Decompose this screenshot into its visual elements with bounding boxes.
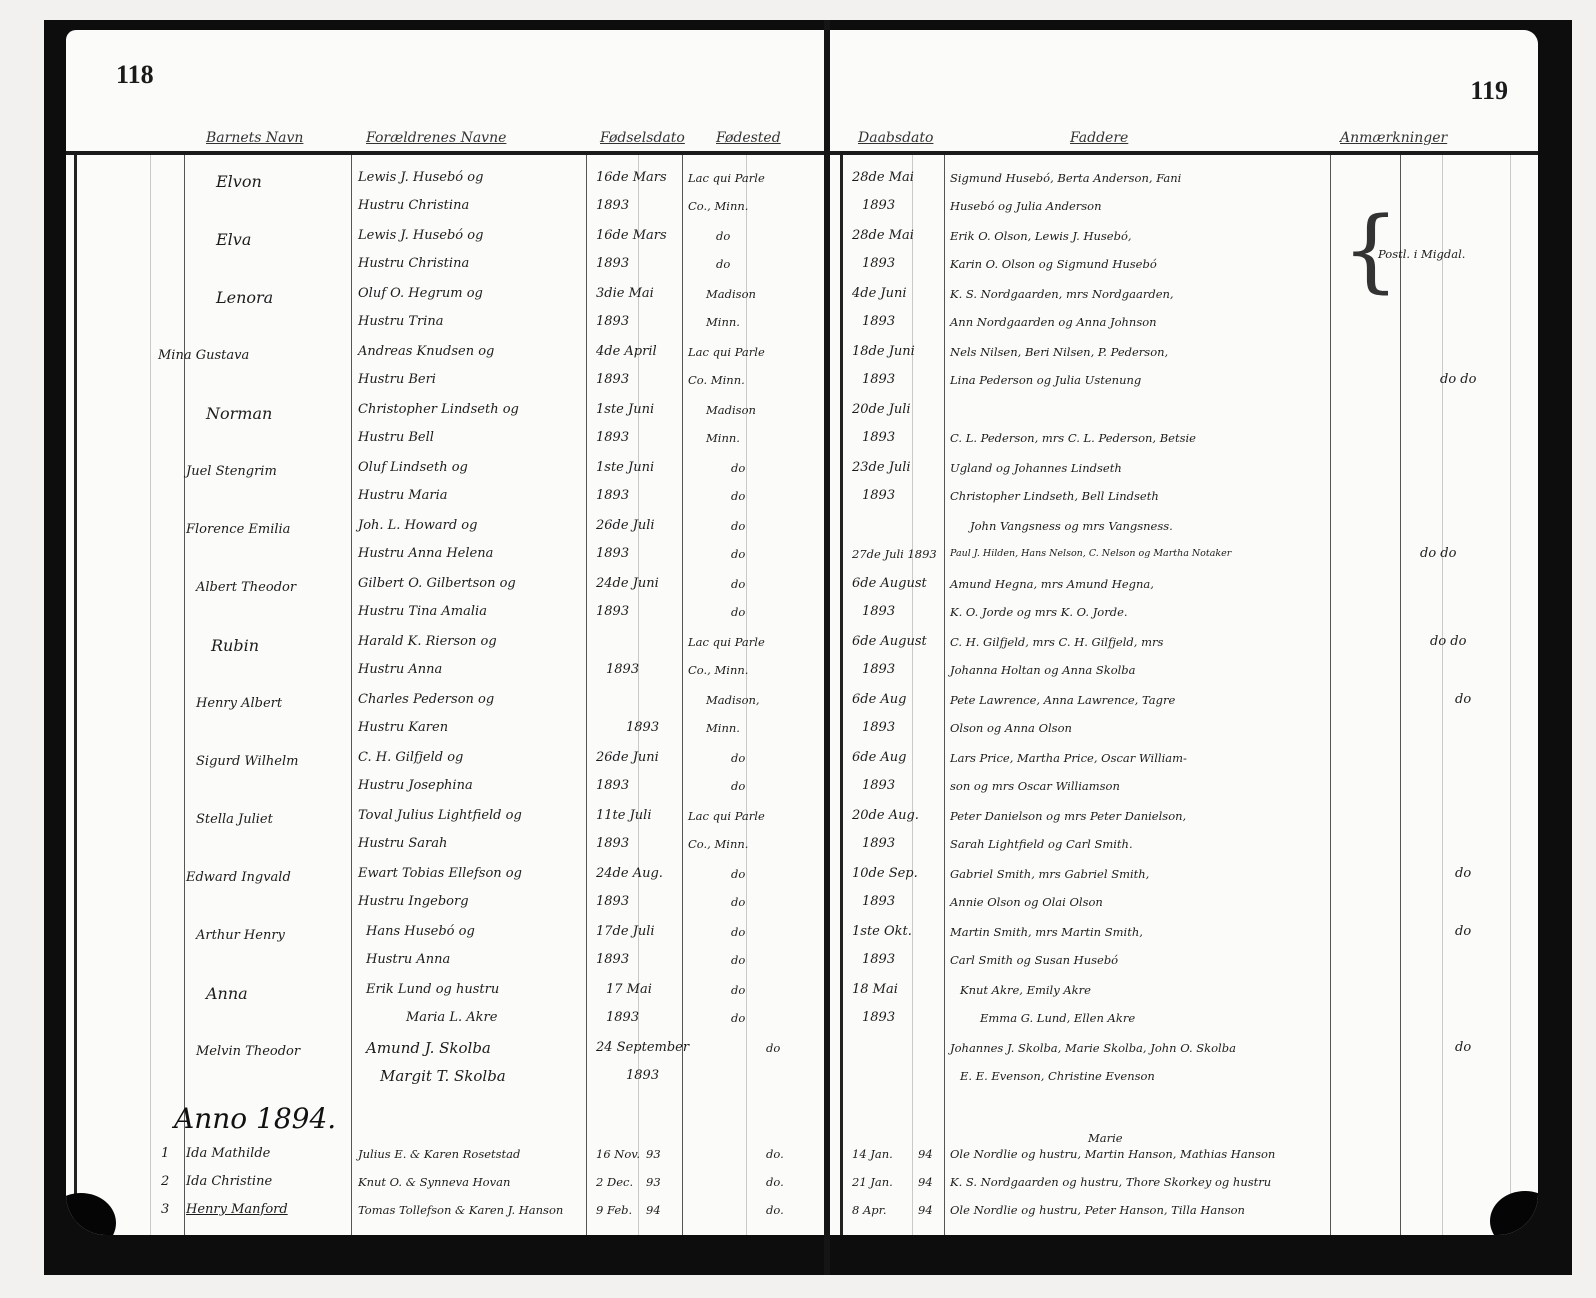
baptism-date: 6de August1893 [852, 570, 927, 626]
header-rule [66, 151, 824, 155]
birth-day: 2 Dec. [596, 1168, 633, 1196]
birthplace: do. [766, 1196, 784, 1224]
birthplace: do. [766, 1168, 784, 1196]
entry-row: 4de Juni1893 K. S. Nordgaarden, mrs Nord… [830, 280, 1538, 338]
birth-year: 93 [646, 1140, 661, 1168]
child-name: Stella Juliet [196, 806, 273, 834]
entry-row: 6de August1893 Amund Hegna, mrs Amund He… [830, 570, 1538, 628]
parents: Harald K. Rierson ogHustru Anna [358, 628, 497, 684]
birthplace: dodo [731, 744, 745, 800]
baptism-date: 1ste Okt.1893 [852, 918, 912, 974]
entry-number: 3 [161, 1196, 169, 1224]
parents: Gilbert O. Gilbertson ogHustru Tina Amal… [358, 570, 516, 626]
birthplace: Madison,Minn. [706, 686, 760, 742]
sponsors: K. S. Nordgaarden og hustru, Thore Skork… [950, 1168, 1271, 1196]
parents: Tomas Tollefson & Karen J. Hanson [358, 1196, 563, 1224]
entry-row: 18 Mai1893 Knut Akre, Emily AkreEmma G. … [830, 976, 1538, 1034]
entry-row: 28de Mai1893 Sigmund Husebó, Berta Ander… [830, 164, 1538, 222]
birthplace: dodo [731, 918, 745, 974]
sponsors: Ole Nordlie og hustru, Peter Hanson, Til… [950, 1196, 1245, 1224]
entry-number: 2 [161, 1168, 169, 1196]
entry-row: Juel Stengrim Oluf Lindseth ogHustru Mar… [66, 454, 824, 512]
parents: Lewis J. Husebó ogHustru Christina [358, 222, 483, 278]
page-number-left: 118 [116, 60, 154, 90]
note: do do [1420, 540, 1456, 568]
baptism-year: 94 [918, 1140, 933, 1168]
column-header-parents: Forældrenes Navne [366, 130, 506, 152]
sponsors: Johannes J. Skolba, Marie Skolba, John O… [950, 1034, 1236, 1090]
parents: Hans Husebó ogHustru Anna [366, 918, 475, 974]
baptism-date: 10de Sep.1893 [852, 860, 918, 916]
parents: Oluf O. Hegrum ogHustru Trina [358, 280, 483, 336]
entry-row: 23de Juli1893 Ugland og Johannes Lindset… [830, 454, 1538, 512]
birthplace: Lac qui ParleCo., Minn. [688, 802, 765, 858]
baptism-date: 27de Juli 1893 [852, 512, 937, 568]
entry-row: 20de Aug.1893 Peter Danielson og mrs Pet… [830, 802, 1538, 860]
birth-date: 1893 [606, 628, 639, 684]
birthplace: MadisonMinn. [706, 396, 756, 452]
sponsors: C. L. Pederson, mrs C. L. Pederson, Bets… [950, 396, 1196, 452]
entry-row: 8 Apr. 94 Ole Nordlie og hustru, Peter H… [830, 1196, 1538, 1224]
baptism-date: 18 Mai1893 [852, 976, 898, 1032]
entry-row: 3 Henry Manford Tomas Tollefson & Karen … [66, 1196, 824, 1224]
birthplace: dodo [731, 570, 745, 626]
parents: Toval Julius Lightfield ogHustru Sarah [358, 802, 522, 858]
birth-date: 4de April1893 [596, 338, 657, 394]
year-heading-1894: Anno 1894. [174, 1102, 336, 1135]
entry-row: Lenora Oluf O. Hegrum ogHustru Trina 3di… [66, 280, 824, 338]
child-name: Lenora [216, 284, 273, 312]
baptism-date: 23de Juli1893 [852, 454, 911, 510]
birthplace: Lac qui ParleCo., Minn. [688, 164, 765, 220]
birth-date: 1893 [626, 686, 659, 742]
entry-row: Mina Gustava Andreas Knudsen ogHustru Be… [66, 338, 824, 396]
entry-row: Norman Christopher Lindseth ogHustru Bel… [66, 396, 824, 454]
child-name: Elva [216, 226, 251, 254]
birthplace: do [766, 1034, 780, 1090]
note: do [1455, 918, 1471, 946]
column-header-baptism-date: Daabsdato [858, 130, 933, 152]
parents: Knut O. & Synneva Hovan [358, 1168, 510, 1196]
birthplace: dodo [731, 860, 745, 916]
baptism-day: 21 Jan. [852, 1168, 893, 1196]
child-name: Melvin Theodor [196, 1038, 300, 1066]
entry-row: Stella Juliet Toval Julius Lightfield og… [66, 802, 824, 860]
sponsors: Sigmund Husebó, Berta Anderson, FaniHuse… [950, 164, 1181, 220]
sponsors: C. H. Gilfjeld, mrs C. H. Gilfjeld, mrsJ… [950, 628, 1163, 684]
birthplace: dodo [731, 976, 745, 1032]
birthplace: do. [766, 1140, 784, 1168]
baptism-day: 14 Jan. [852, 1140, 893, 1168]
parents: Lewis J. Husebó ogHustru Christina [358, 164, 483, 220]
birth-date: 24de Aug.1893 [596, 860, 663, 916]
entry-row: Henry Albert Charles Pederson ogHustru K… [66, 686, 824, 744]
entry-row: 1ste Okt.1893 Martin Smith, mrs Martin S… [830, 918, 1538, 976]
birthplace: dodo [716, 222, 730, 278]
entry-row: Elva Lewis J. Husebó ogHustru Christina … [66, 222, 824, 280]
entry-row: 20de Juli1893 C. L. Pederson, mrs C. L. … [830, 396, 1538, 454]
page-number-right: 119 [1470, 76, 1508, 106]
birth-day: 9 Feb. [596, 1196, 632, 1224]
note: do [1455, 1034, 1471, 1062]
baptism-date: 28de Mai1893 [852, 164, 914, 220]
birth-year: 93 [646, 1168, 661, 1196]
baptism-date: 6de Aug1893 [852, 686, 907, 742]
baptism-date: 4de Juni1893 [852, 280, 907, 336]
entry-row: Melvin Theodor Amund J. SkolbaMargit T. … [66, 1034, 824, 1092]
child-name: Henry Albert [196, 690, 282, 718]
child-name: Edward Ingvald [186, 864, 291, 892]
sponsors: Pete Lawrence, Anna Lawrence, TagreOlson… [950, 686, 1175, 742]
sponsors: K. S. Nordgaarden, mrs Nordgaarden,Ann N… [950, 280, 1174, 336]
column-header-sponsors: Faddere [1070, 130, 1128, 152]
parents: Charles Pederson ogHustru Karen [358, 686, 494, 742]
birth-date: 1ste Juni1893 [596, 454, 654, 510]
birthplace: Lac qui ParleCo., Minn. [688, 628, 765, 684]
parents: Joh. L. Howard ogHustru Anna Helena [358, 512, 493, 568]
entry-row: Sigurd Wilhelm C. H. Gilfjeld ogHustru J… [66, 744, 824, 802]
birth-date: 24de Juni1893 [596, 570, 659, 626]
child-name: Florence Emilia [186, 516, 290, 544]
entry-row: Albert Theodor Gilbert O. Gilbertson ogH… [66, 570, 824, 628]
birth-date: 1ste Juni1893 [596, 396, 654, 452]
baptism-date: 6de Aug1893 [852, 744, 907, 800]
birth-date: 24 September1893 [596, 1034, 689, 1090]
sponsors: Peter Danielson og mrs Peter Danielson,S… [950, 802, 1186, 858]
column-header-notes: Anmærkninger [1340, 130, 1447, 152]
sponsors: Gabriel Smith, mrs Gabriel Smith,Annie O… [950, 860, 1149, 916]
child-name: Anna [206, 980, 248, 1008]
entry-row: 14 Jan. 94 Ole Nordlie og hustru, Martin… [830, 1140, 1538, 1168]
note: do [1455, 686, 1471, 714]
entry-row: Edward Ingvald Ewart Tobias Ellefson ogH… [66, 860, 824, 918]
entry-row: 2 Ida Christine Knut O. & Synneva Hovan … [66, 1168, 824, 1196]
birth-date: 3die Mai1893 [596, 280, 654, 336]
child-name: Ida Christine [186, 1168, 272, 1196]
parents: Ewart Tobias Ellefson ogHustru Ingeborg [358, 860, 522, 916]
child-name: Juel Stengrim [186, 458, 277, 486]
scanned-ledger-spread: 118 Barnets Navn Forældrenes Navne Fødse… [44, 20, 1572, 1275]
birthplace: MadisonMinn. [706, 280, 756, 336]
column-header-child-name: Barnets Navn [206, 130, 303, 152]
child-name: Rubin [211, 632, 259, 660]
right-page: 119 Daabsdato Faddere Anmærkninger 28de … [830, 30, 1538, 1235]
birth-date: 11te Juli1893 [596, 802, 652, 858]
child-name: Albert Theodor [196, 574, 296, 602]
entry-row: Arthur Henry Hans Husebó ogHustru Anna 1… [66, 918, 824, 976]
sponsors: Martin Smith, mrs Martin Smith,Carl Smit… [950, 918, 1143, 974]
entry-number: 1 [161, 1140, 169, 1168]
entry-row: Rubin Harald K. Rierson ogHustru Anna 18… [66, 628, 824, 686]
child-name: Henry Manford [186, 1196, 288, 1224]
baptism-year: 94 [918, 1196, 933, 1224]
parents: Julius E. & Karen Rosetstad [358, 1140, 520, 1168]
child-name: Arthur Henry [196, 922, 285, 950]
sponsors: Erik O. Olson, Lewis J. Husebó,Karin O. … [950, 222, 1157, 278]
birth-date: 17de Juli1893 [596, 918, 655, 974]
sponsors: Ugland og Johannes LindsethChristopher L… [950, 454, 1159, 510]
birth-year: 94 [646, 1196, 661, 1224]
birth-date: 17 Mai1893 [606, 976, 652, 1032]
parents: C. H. Gilfjeld ogHustru Josephina [358, 744, 473, 800]
entry-row: Florence Emilia Joh. L. Howard ogHustru … [66, 512, 824, 570]
left-page: 118 Barnets Navn Forældrenes Navne Fødse… [66, 30, 824, 1235]
column-header-birthplace: Fødested [716, 130, 781, 152]
child-name: Norman [206, 400, 272, 428]
baptism-date: 18de Juni1893 [852, 338, 915, 394]
entry-row: Elvon Lewis J. Husebó ogHustru Christina… [66, 164, 824, 222]
entry-row: 6de August1893 C. H. Gilfjeld, mrs C. H.… [830, 628, 1538, 686]
entry-row: Johannes J. Skolba, Marie Skolba, John O… [830, 1034, 1538, 1092]
birthplace: dodo [731, 454, 745, 510]
note: do [1455, 860, 1471, 888]
baptism-date: 6de August1893 [852, 628, 927, 684]
child-name: Mina Gustava [158, 342, 249, 370]
parents: Christopher Lindseth ogHustru Bell [358, 396, 519, 452]
sponsors: John Vangsness og mrs Vangsness.Paul J. … [950, 512, 1231, 568]
baptism-date: 28de Mai1893 [852, 222, 914, 278]
birth-date: 16de Mars1893 [596, 164, 667, 220]
baptism-day: 8 Apr. [852, 1196, 887, 1224]
entry-row: 18de Juni1893 Nels Nilsen, Beri Nilsen, … [830, 338, 1538, 396]
entry-row: 21 Jan. 94 K. S. Nordgaarden og hustru, … [830, 1168, 1538, 1196]
header-rule [830, 151, 1538, 155]
entry-row: 10de Sep.1893 Gabriel Smith, mrs Gabriel… [830, 860, 1538, 918]
sponsors: Ole Nordlie og hustru, Martin Hanson, Ma… [950, 1140, 1275, 1168]
parents: Amund J. SkolbaMargit T. Skolba [366, 1034, 506, 1090]
note: do do [1440, 366, 1476, 394]
entry-row: 6de Aug1893 Pete Lawrence, Anna Lawrence… [830, 686, 1538, 744]
child-name: Sigurd Wilhelm [196, 748, 298, 776]
child-name: Elvon [216, 168, 262, 196]
parents: Oluf Lindseth ogHustru Maria [358, 454, 468, 510]
baptism-year: 94 [918, 1168, 933, 1196]
note-postl: Postl. i Migdal. [1378, 240, 1465, 268]
parents: Andreas Knudsen ogHustru Beri [358, 338, 494, 394]
parents: Erik Lund og hustruMaria L. Akre [366, 976, 499, 1032]
sponsors: Amund Hegna, mrs Amund Hegna,K. O. Jorde… [950, 570, 1154, 626]
baptism-date: 20de Aug.1893 [852, 802, 919, 858]
birthplace: dodo [731, 512, 745, 568]
birth-date: 26de Juni1893 [596, 744, 659, 800]
entry-row: 6de Aug1893 Lars Price, Martha Price, Os… [830, 744, 1538, 802]
baptism-date: 20de Juli1893 [852, 396, 911, 452]
column-header-birth-date: Fødselsdato [600, 130, 685, 152]
note: do do [1430, 628, 1466, 656]
child-name: Ida Mathilde [186, 1140, 270, 1168]
birth-day: 16 Nov. [596, 1140, 640, 1168]
birthplace: Lac qui ParleCo. Minn. [688, 338, 765, 394]
birth-date: 26de Juli1893 [596, 512, 655, 568]
sponsors: Nels Nilsen, Beri Nilsen, P. Pederson,Li… [950, 338, 1168, 394]
entry-row: 1 Ida Mathilde Julius E. & Karen Rosetst… [66, 1140, 824, 1168]
entry-row: Anna Erik Lund og hustruMaria L. Akre 17… [66, 976, 824, 1034]
sponsors: Lars Price, Martha Price, Oscar William-… [950, 744, 1187, 800]
entry-row: 27de Juli 1893 John Vangsness og mrs Van… [830, 512, 1538, 570]
birth-date: 16de Mars1893 [596, 222, 667, 278]
sponsors: Knut Akre, Emily AkreEmma G. Lund, Ellen… [960, 976, 1135, 1032]
